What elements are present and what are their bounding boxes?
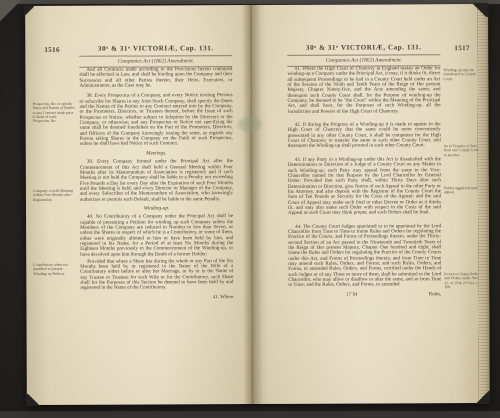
right-page-catchword: Rules, bbox=[429, 292, 442, 297]
right-page: 30ᵒ & 31ᵒ VICTORIÆ, Cap. 131. 1517 Compa… bbox=[250, 4, 479, 404]
left-running-title: Companies Act (1862) Amendment. bbox=[79, 55, 232, 67]
continuation-paragraph: And all Contracts made according to the … bbox=[79, 67, 232, 89]
page-edge-stack bbox=[477, 6, 490, 402]
right-text-column: 41. Where the High Court of Chancery in … bbox=[287, 66, 441, 298]
subheading-winding-up: Winding-up. bbox=[80, 206, 233, 212]
left-page: 1516 30ᵒ & 31ᵒ VICTORIÆ, Cap. 131. Compa… bbox=[25, 5, 252, 405]
book-scan-photo: 1516 30ᵒ & 31ᵒ VICTORIÆ, Cap. 131. Compa… bbox=[0, 0, 500, 418]
margin-note-section-44: Powers to frame Rules and Orders under S… bbox=[444, 272, 482, 289]
section-44-paragraph: 44. The County Court Judges appointed or… bbox=[288, 224, 441, 289]
margin-note-section-39: Company to hold Meeting within Four Mont… bbox=[33, 189, 75, 202]
subheading-meetings: Meetings. bbox=[80, 151, 233, 157]
gutter-smudge bbox=[238, 117, 262, 132]
open-book-spread: 1516 30ᵒ & 31ᵒ VICTORIÆ, Cap. 131. Compa… bbox=[25, 4, 489, 405]
left-page-header: 30ᵒ & 31ᵒ VICTORIÆ, Cap. 131. bbox=[79, 44, 232, 53]
section-38-paragraph: 38. Every Prospectus of a Company, and e… bbox=[80, 93, 233, 147]
left-page-catchword: 41. Where bbox=[80, 295, 233, 301]
left-text-column: And all Contracts made according to the … bbox=[79, 67, 233, 301]
margin-note-section-42: As to Transfer of Suit from one County C… bbox=[444, 144, 482, 157]
section-40-proviso: Provided that where a Share has during t… bbox=[80, 259, 233, 292]
margin-note-section-38: Prospectus, &c. to specify Dates and Nam… bbox=[33, 102, 75, 124]
left-page-corner-fold bbox=[24, 5, 34, 17]
left-page-number: 1516 bbox=[44, 46, 60, 54]
section-40-paragraph: 40. No Contributory of a Company under t… bbox=[80, 214, 233, 257]
margin-note-section-43: Parties aggrieved may appeal. bbox=[444, 186, 482, 195]
section-39-paragraph: 39. Every Company formed under the Princ… bbox=[80, 159, 233, 202]
right-running-title: Companies Act (1862) Amendment. bbox=[287, 54, 440, 66]
margin-note-section-40: Contributory when not qualified to prese… bbox=[33, 263, 75, 276]
photo-background-bottom-strip bbox=[0, 411, 500, 418]
right-page-number: 1517 bbox=[454, 44, 470, 52]
section-42-paragraph: 42. If during the Progress of a Winding-… bbox=[288, 122, 441, 149]
section-43-paragraph: 43. If any Party in a Winding-up under t… bbox=[288, 157, 441, 216]
section-41-paragraph: 41. Where the High Court of Chancery in … bbox=[287, 66, 440, 115]
right-page-header: 30ᵒ & 31ᵒ VICTORIÆ, Cap. 131. bbox=[287, 43, 440, 52]
right-page-footer-line: 17 M Rules, bbox=[288, 292, 441, 298]
signature-mark: 17 M bbox=[346, 292, 357, 297]
margin-note-section-41: Winding-up may be transferred to County … bbox=[443, 68, 481, 81]
left-page-bottom-corner-fold bbox=[26, 394, 42, 406]
